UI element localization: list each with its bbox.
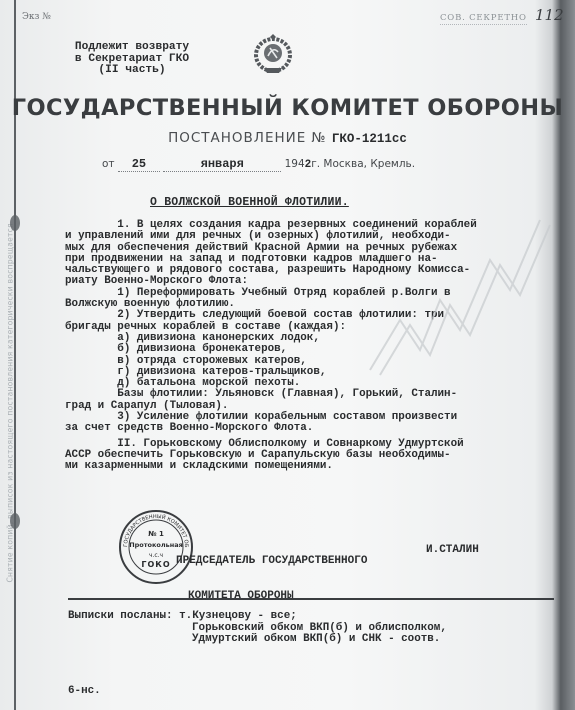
organization-title: ГОСУДАРСТВЕННЫЙ КОМИТЕТ ОБОРОНЫ	[0, 95, 575, 121]
page-number: 112	[535, 6, 564, 24]
distribution-list: Выписки посланы: т.Кузнецову - все; Горь…	[68, 611, 447, 646]
date-month: января	[201, 157, 244, 171]
date-day: 25	[132, 157, 146, 171]
distribution-line: Удмуртский обком ВКП(б) и СНК - соотв.	[68, 634, 440, 646]
return-note-line: Подлежит возврату	[66, 42, 198, 54]
decree-number: ГКО-1211сс	[332, 132, 407, 146]
stamp-org: ГОКО	[141, 560, 170, 569]
signatory-name: И.СТАЛИН	[426, 545, 479, 557]
body-line: 2) Утвердить следующий боевой состав фло…	[65, 310, 545, 321]
copy-number-label: Экз №	[22, 12, 51, 22]
date-prefix: от	[102, 158, 115, 170]
distribution-label: Выписки посланы:	[68, 610, 173, 622]
body-line: ми казарменными и складскими помещениями…	[65, 461, 545, 472]
decree-body: 1. В целях создания кадра резервных соед…	[65, 220, 545, 473]
body-line: и управлений ими для речных (и озерных) …	[65, 231, 545, 242]
document-page: Снятие копий, выписок из настоящего пост…	[0, 0, 575, 710]
footer-code: 6-нс.	[68, 685, 101, 697]
classification-stamp: СОВ. СЕКРЕТНО	[440, 13, 527, 25]
hole-punch-mark	[10, 215, 20, 231]
date-line: от 25 января 1942г. Москва, Кремль.	[102, 157, 415, 172]
date-place: г. Москва, Кремль.	[311, 158, 415, 170]
decree-heading: ПОСТАНОВЛЕНИЕ № ГКО-1211сс	[0, 130, 575, 146]
date-year-prefix: 194	[285, 158, 305, 170]
divider	[68, 598, 554, 600]
stamp-label: Протокольная	[129, 541, 183, 549]
stamp-part: ч.с.ч	[149, 552, 163, 559]
distribution-line: т.Кузнецову - все;	[179, 610, 297, 622]
hole-punch-mark	[10, 513, 20, 529]
stamp-number: № 1	[148, 530, 164, 538]
decree-label: ПОСТАНОВЛЕНИЕ №	[168, 130, 327, 146]
body-line: за счет средств Военно-Морского Флота.	[65, 423, 545, 434]
return-note-line: (II часть)	[66, 65, 198, 77]
signatory-position: ПРЕДСЕДАТЕЛЬ ГОСУДАРСТВЕННОГО	[176, 556, 367, 568]
decree-subject: О ВОЛЖСКОЙ ВОЕННОЙ ФЛОТИЛИИ.	[150, 196, 349, 209]
ussr-coat-of-arms-icon	[252, 34, 294, 74]
return-note: Подлежит возврату в Секретариат ГКО (II …	[66, 42, 198, 77]
body-line: б) дивизиона бронекатеров,	[65, 344, 545, 355]
signatory-position: КОМИТЕТА ОБОРОНЫ	[176, 591, 367, 603]
